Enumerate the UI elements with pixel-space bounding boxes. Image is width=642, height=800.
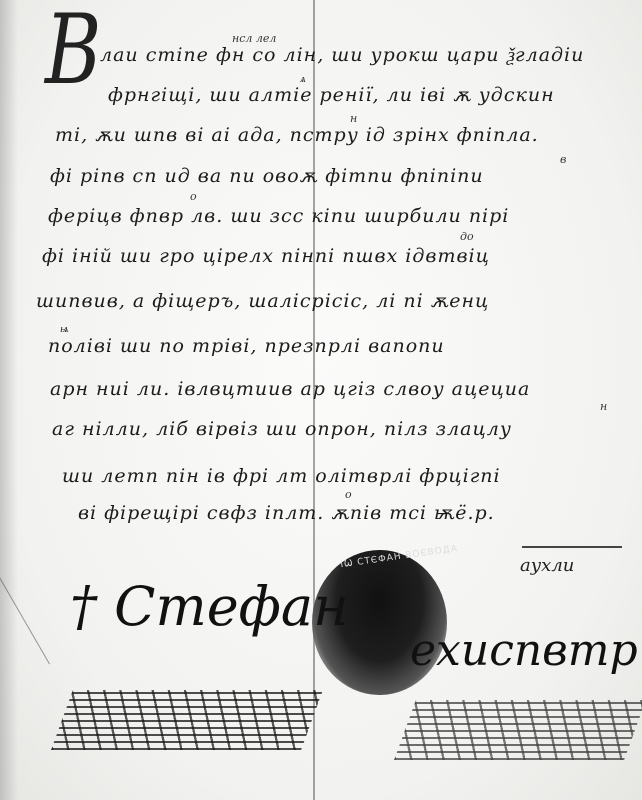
text-line-12: ві фірещірі свфз іплт. ѫпів тсі ѭё.р.	[78, 502, 495, 524]
text-line-6: фі іній ши гро цірелх пінпі пшвх ідвтвіц	[42, 245, 490, 267]
text-line-9: арн ниі ли. івлвцтиив ар цгіз слвоу ацец…	[50, 378, 530, 400]
page-edge-shadow	[0, 0, 18, 800]
secretary-note: аухли	[520, 555, 574, 576]
signature-right: ехиспвтр	[410, 625, 638, 676]
signature-hatching-left	[51, 690, 323, 750]
text-line-10: аг нілли, ліб вірвіз ши опрон, пілз злац…	[52, 418, 512, 440]
text-line-1: лаи стіпе фн со лін, ши урокш цари ѯглад…	[100, 44, 584, 67]
superscript-mark: до	[460, 230, 474, 243]
superscript-mark: ѩ	[60, 322, 69, 335]
superscript-mark: н	[600, 400, 607, 413]
signature-hatching-right	[394, 700, 642, 760]
superscript-mark: о	[190, 190, 197, 203]
text-line-3: ті, ѫи шпв ві аі ада, пстру ід зрінх фпі…	[55, 124, 539, 146]
superscript-mark: в	[560, 153, 566, 166]
text-line-2: фрнгіщі, ши алтіе ренії, ли іві ѫ удскин	[108, 84, 555, 106]
manuscript-page: В нсл лел лаи стіпе фн со лін, ши урокш …	[0, 0, 642, 800]
text-line-7: шипвив, а фіщеръ, шалісрісіс, лі пі ѫенц	[36, 290, 489, 312]
text-line-11: ши летп пін ів фрі лт олітврлі фрцігпі	[62, 465, 501, 487]
text-line-5: феріцв фпвр лв. ши зсс кіпи ширбили пірі	[48, 205, 509, 227]
text-line-8: поліві ши по тріві, презпрлі вапопи	[48, 335, 445, 357]
text-line-4: фі ріпв сп ид ва пи овоѫ фітпи фпіпіпи	[50, 165, 484, 187]
vertical-fold-line	[313, 0, 315, 800]
decorative-initial: В	[45, 2, 101, 98]
superscript-mark: о	[345, 488, 352, 501]
flourish-line	[522, 546, 622, 548]
signature-left: † Стефан	[70, 575, 349, 638]
